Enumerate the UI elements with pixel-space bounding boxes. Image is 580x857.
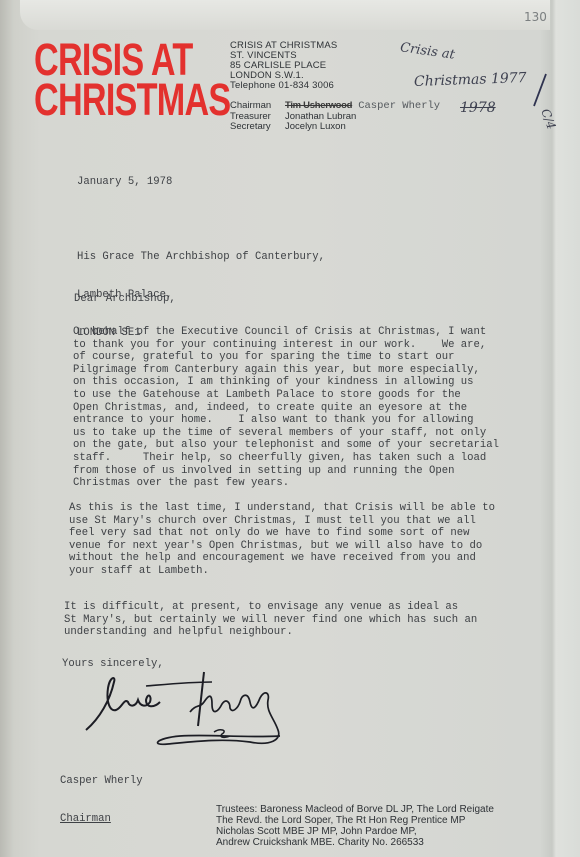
- trustees-line: Andrew Cruickshank MBE. Charity No. 2665…: [216, 837, 494, 848]
- signature-icon: [80, 668, 300, 758]
- salutation: Dear Archbishop,: [74, 293, 176, 306]
- officers-list: Chairman Tim Usherwood Casper Wherly Tre…: [230, 101, 440, 133]
- officer-role: Secretary: [230, 122, 285, 133]
- struck-year: 1978: [460, 100, 496, 116]
- officer-role: Chairman: [230, 101, 285, 112]
- archive-number: 130: [524, 10, 547, 24]
- handwritten-title-line2: Christmas 1977: [414, 70, 527, 90]
- officer-row: Chairman Tim Usherwood Casper Wherly: [230, 101, 440, 112]
- signer-block: Casper Wherly Chairman: [60, 750, 143, 851]
- logo-line: CHRISTMAS: [34, 80, 230, 120]
- letter-date: January 5, 1978: [77, 176, 172, 189]
- officer-row: Secretary Jocelyn Luxon: [230, 122, 440, 133]
- signer-title: Chairman: [60, 813, 143, 826]
- trustees-line: Nicholas Scott MBE JP MP, John Pardoe MP…: [216, 826, 494, 837]
- officer-name: Casper Wherly: [358, 101, 440, 112]
- body-paragraph: On behalf of the Executive Council of Cr…: [73, 326, 499, 490]
- body-paragraph: It is difficult, at present, to envisage…: [64, 601, 477, 639]
- officer-name: Jocelyn Luxon: [285, 122, 346, 133]
- trustees-line: The Revd. the Lord Soper, The Rt Hon Reg…: [216, 815, 494, 826]
- struck-officer-name: Tim Usherwood: [285, 101, 352, 112]
- paper-edge: [20, 0, 550, 30]
- trustees-footer: Trustees: Baroness Macleod of Borve DL J…: [216, 804, 494, 848]
- signer-name: Casper Wherly: [60, 775, 143, 788]
- recipient-line: His Grace The Archbishop of Canterbury,: [77, 251, 325, 264]
- pen-stroke-icon: [530, 72, 550, 108]
- handwritten-title-line1: Crisis at: [399, 40, 455, 62]
- org-address: CRISIS AT CHRISTMAS ST. VINCENTS 85 CARL…: [230, 41, 337, 91]
- telephone: Telephone 01-834 3006: [230, 81, 337, 91]
- letter-page: 130 CRISIS AT CHRISTMAS CRISIS AT CHRIST…: [0, 0, 580, 857]
- folio-mark: C/4: [538, 107, 558, 131]
- trustees-line: Trustees: Baroness Macleod of Borve DL J…: [216, 804, 494, 815]
- body-paragraph: As this is the last time, I understand, …: [69, 502, 495, 578]
- logo: CRISIS AT CHRISTMAS: [34, 40, 230, 120]
